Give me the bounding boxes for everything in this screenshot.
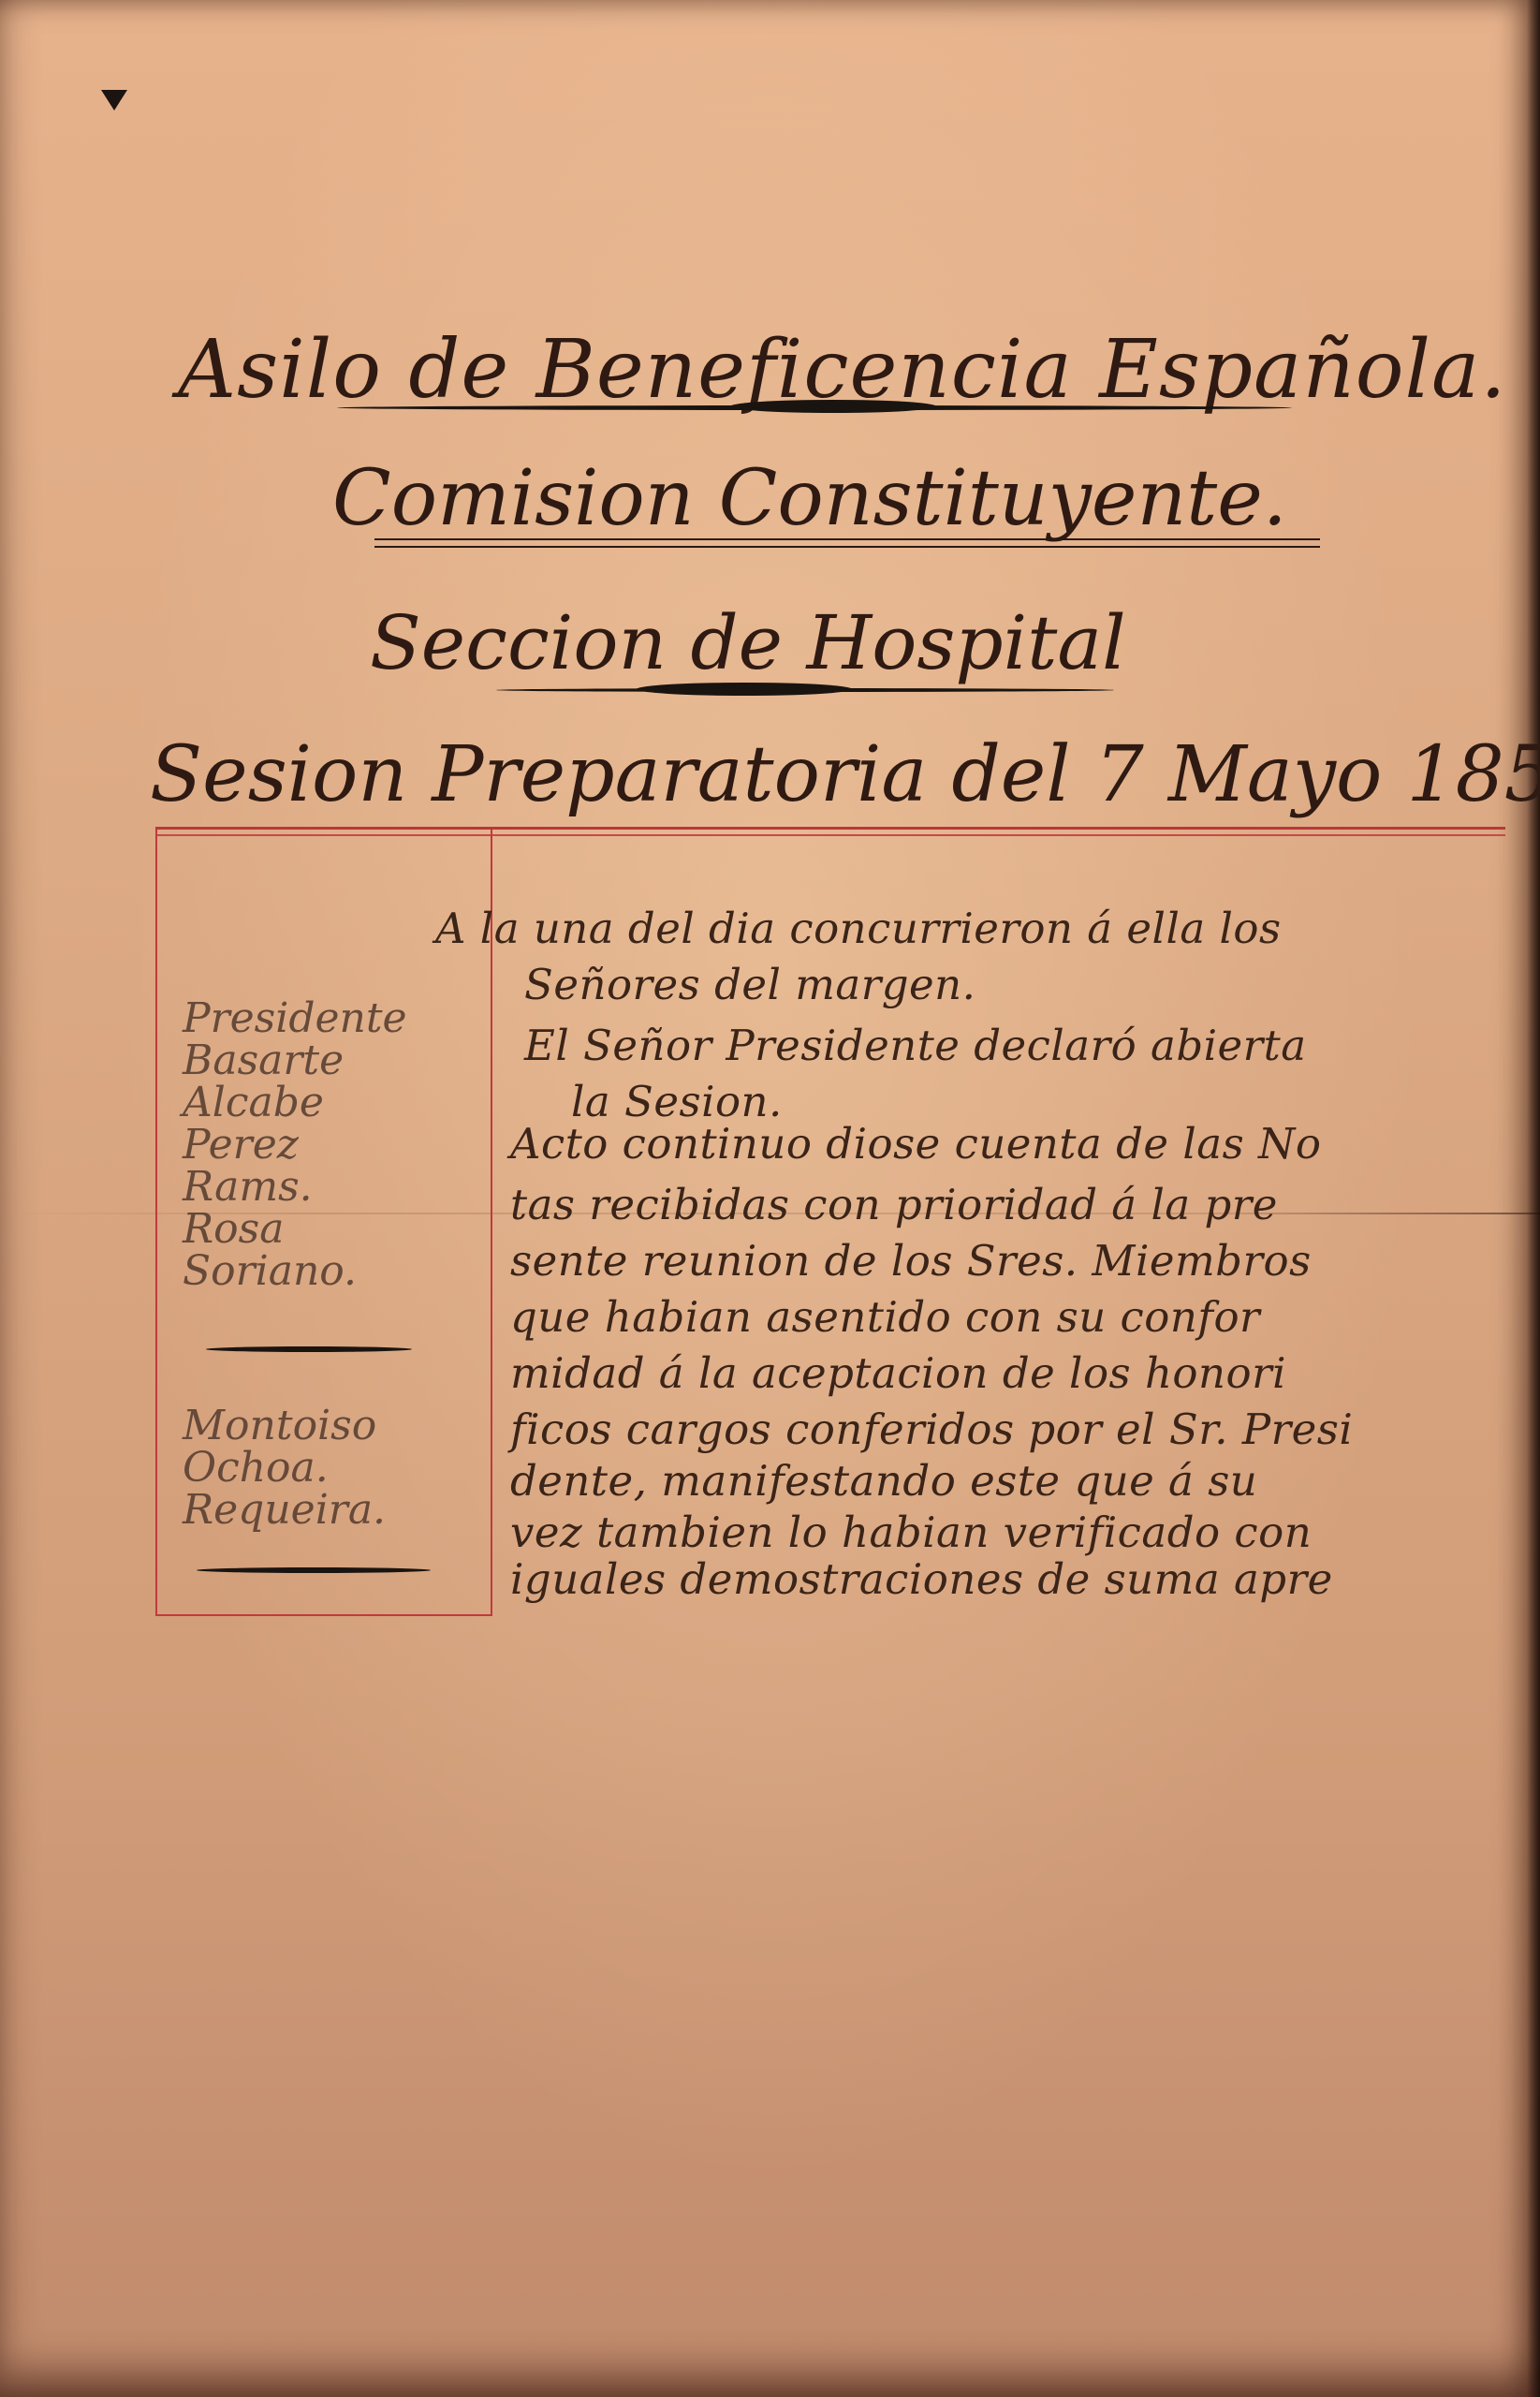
- session-heading: Sesion Preparatoria del 7 Mayo 1854.: [150, 730, 1540, 819]
- section-underline-swell: [637, 683, 852, 696]
- body-line: A la una del dia concurrieron á ella los: [435, 904, 1282, 953]
- body-line: Acto continuo diose cuenta de las No: [510, 1119, 1321, 1169]
- body-line: iguales demostraciones de suma apre: [510, 1554, 1333, 1604]
- page-edge-shadow: [1527, 0, 1540, 2397]
- substitute-name: Montoiso: [183, 1404, 386, 1447]
- document-subtitle: Comision Constituyente.: [332, 454, 1287, 543]
- substitute-name: Ochoa.: [183, 1447, 386, 1489]
- substitute-name: Requeira.: [183, 1489, 386, 1531]
- member-name: Perez: [183, 1124, 407, 1166]
- body-line: vez tambien lo habian verificado con: [510, 1507, 1312, 1557]
- member-name: Presidente: [183, 997, 407, 1039]
- manuscript-page: Asilo de Beneficencia Española. Comision…: [0, 0, 1540, 2397]
- body-line: midad á la aceptacion de los honori: [510, 1348, 1286, 1398]
- body-line: sente reunion de los Sres. Miembros: [510, 1236, 1312, 1286]
- body-line: tas recibidas con prioridad á la pre: [510, 1180, 1278, 1229]
- title-underline-swell: [730, 400, 936, 413]
- body-line: dente, manifestando este que á su: [510, 1456, 1257, 1506]
- subtitle-rule-2: [374, 546, 1320, 548]
- attendees-list: Presidente Basarte Alcabe Perez Rams. Ro…: [183, 997, 407, 1292]
- subtitle-rule-1: [374, 538, 1320, 540]
- member-name: Basarte: [183, 1039, 407, 1081]
- body-line: Señores del margen.: [524, 960, 975, 1009]
- member-name: Rosa: [183, 1208, 407, 1250]
- member-name: Rams.: [183, 1166, 407, 1208]
- substitutes-divider: [197, 1567, 431, 1573]
- body-line: ficos cargos conferidos por el Sr. Presi: [510, 1404, 1353, 1454]
- substitutes-list: Montoiso Ochoa. Requeira.: [183, 1404, 386, 1531]
- paper-hole: [101, 90, 127, 110]
- members-divider: [206, 1346, 412, 1352]
- member-name: Soriano.: [183, 1250, 407, 1292]
- member-name: Alcabe: [183, 1081, 407, 1124]
- body-line: que habian asentido con su confor: [510, 1292, 1260, 1342]
- body-line: El Señor Presidente declaró abierta: [524, 1021, 1307, 1070]
- section-heading: Seccion de Hospital: [370, 599, 1126, 686]
